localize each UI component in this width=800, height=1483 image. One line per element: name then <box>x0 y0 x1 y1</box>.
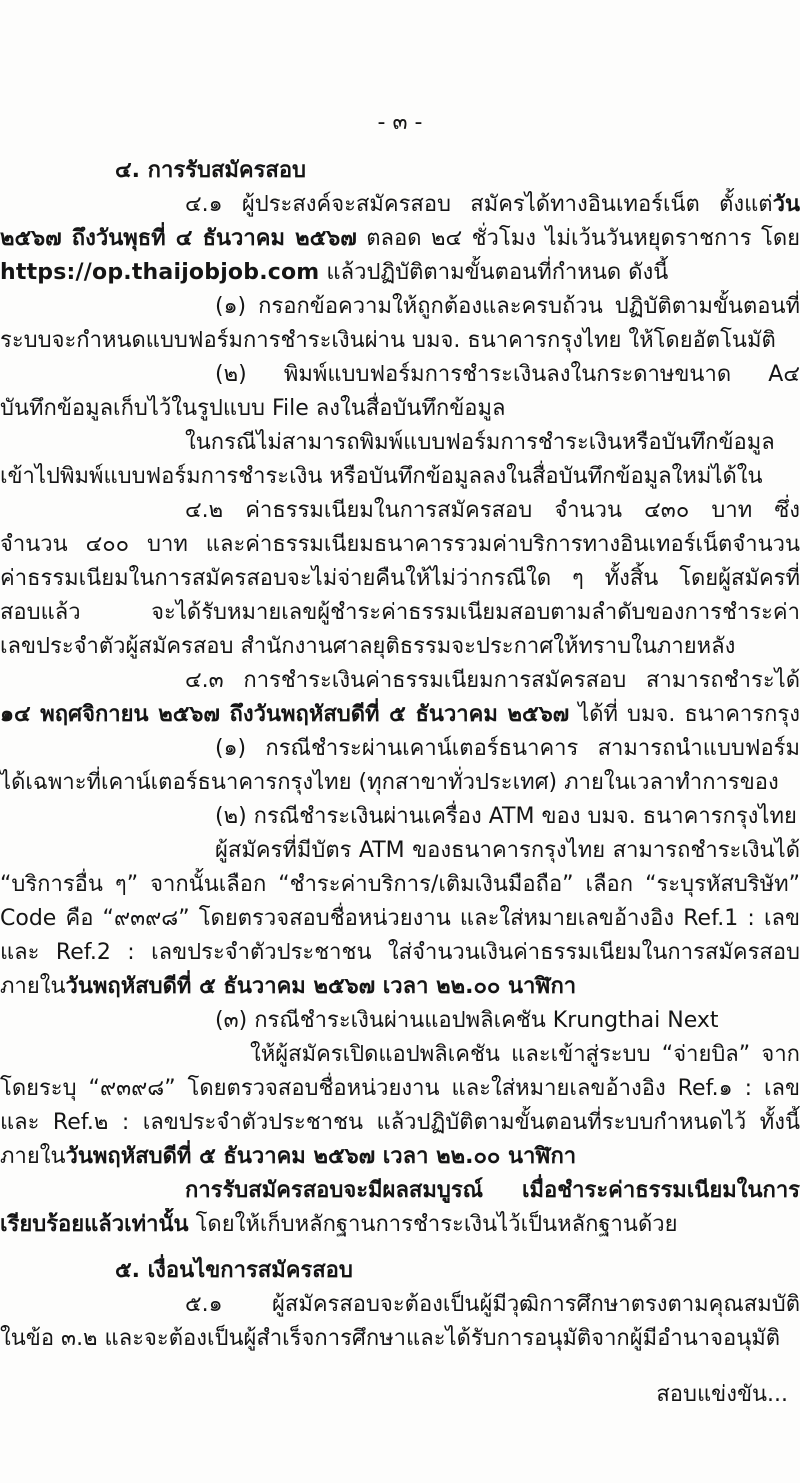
para-5-1-line-2: ในข้อ ๓.๒ และจะต้องเป็นผู้สำเร็จการศึกษา… <box>0 1322 800 1356</box>
para-4-2-line-3: ค่าธรรมเนียมในการสมัครสอบจะไม่จ่ายคืนให้… <box>0 562 800 596</box>
atm-detail-line-1: ผู้สมัครที่มีบัตร ATM ของธนาคารกรุงไทย ส… <box>0 834 800 868</box>
para-4-1-line-1: ๔.๑ ผู้ประสงค์จะสมัครสอบ สมัครได้ทางอินเ… <box>0 188 800 222</box>
knext-detail-line-2: โดยระบุ “๙๓๙๘” โดยตรวจสอบชื่อหน่วยงาน แล… <box>0 1072 800 1106</box>
para-4-3-line-2: ๑๔ พฤศจิกายน ๒๕๖๗ ถึงวันพฤหัสบดีที่ ๕ ธั… <box>0 698 800 732</box>
atm-detail-line-3: Code คือ “๙๓๙๘” โดยตรวจสอบชื่อหน่วยงาน แ… <box>0 902 800 936</box>
application-website-url: https://op.thaijobjob.com <box>0 260 319 285</box>
para-5-1-line-1: ๕.๑ ผู้สมัครสอบจะต้องเป็นผู้มีวุฒิการศึก… <box>0 1288 800 1322</box>
item-1-line-1: (๑) กรอกข้อความให้ถูกต้องและครบถ้วน ปฏิบ… <box>0 290 800 324</box>
channel-1-line-1: (๑) กรณีชำระผ่านเคาน์เตอร์ธนาคาร สามารถน… <box>0 732 800 766</box>
completion-regular-text: โดยให้เก็บหลักฐานการชำระเงินไว้เป็นหลักฐ… <box>189 1212 678 1237</box>
channel-3-line-1: (๓) กรณีชำระเงินผ่านแอปพลิเคชัน Krungtha… <box>0 1004 800 1038</box>
para-4-1-line-3: https://op.thaijobjob.com แล้วปฏิบัติตาม… <box>0 256 800 290</box>
channel-1-line-2: ได้เฉพาะที่เคาน์เตอร์ธนาคารกรุงไทย (ทุกส… <box>0 766 800 800</box>
item-1-line-2: ระบบจะกำหนดแบบฟอร์มการชำระเงินผ่าน บมจ. … <box>0 324 800 358</box>
atm-deadline-bold: วันพฤหัสบดีที่ ๕ ธันวาคม ๒๕๖๗ เวลา ๒๒.๐๐… <box>66 974 577 999</box>
knext-detail-line-4: ภายในวันพฤหัสบดีที่ ๕ ธันวาคม ๒๕๖๗ เวลา … <box>0 1140 800 1174</box>
knext-detail-line-3: และ Ref.๒ : เลขประจำตัวประชาชน แล้วปฏิบั… <box>0 1106 800 1140</box>
section-5-heading: ๕. เงื่อนไขการสมัครสอบ <box>0 1254 800 1288</box>
para-4-3-line-1: ๔.๓ การชำระเงินค่าธรรมเนียมการสมัครสอบ ส… <box>0 664 800 698</box>
p41-lead-text: ๔.๑ ผู้ประสงค์จะสมัครสอบ สมัครได้ทางอินเ… <box>185 192 773 217</box>
p43-payment-dates-bold: ๑๔ พฤศจิกายน ๒๕๖๗ ถึงวันพฤหัสบดีที่ ๕ ธั… <box>0 702 569 727</box>
completion-bold-text: เรียบร้อยแล้วเท่านั้น <box>0 1212 189 1237</box>
completion-note-line-1: การรับสมัครสอบจะมีผลสมบูรณ์ เมื่อชำระค่า… <box>0 1174 800 1208</box>
item-2-note-line-2: เข้าไปพิมพ์แบบฟอร์มการชำระเงิน หรือบันทึ… <box>0 460 800 494</box>
p43-lead-text: ๔.๓ การชำระเงินค่าธรรมเนียมการสมัครสอบ ส… <box>0 668 800 698</box>
knext-deadline-bold: วันพฤหัสบดีที่ ๕ ธันวาคม ๒๕๖๗ เวลา ๒๒.๐๐… <box>66 1144 577 1169</box>
channel-2-line-1: (๒) กรณีชำระเงินผ่านเครื่อง ATM ของ บมจ.… <box>0 800 800 834</box>
para-4-2-line-5: เลขประจำตัวผู้สมัครสอบ สำนักงานศาลยุติธร… <box>0 630 800 664</box>
para-4-2-line-1: ๔.๒ ค่าธรรมเนียมในการสมัครสอบ จำนวน ๔๓๐ … <box>0 494 800 528</box>
para-4-2-line-2: จำนวน ๔๐๐ บาท และค่าธรรมเนียมธนาคารรวมค่… <box>0 528 800 562</box>
knext-deadline-lead: ภายใน <box>0 1144 66 1169</box>
atm-deadline-lead: ภายใน <box>0 974 66 999</box>
item-2-line-1: (๒) พิมพ์แบบฟอร์มการชำระเงินลงในกระดาษขน… <box>0 358 800 392</box>
atm-detail-line-5: ภายในวันพฤหัสบดีที่ ๕ ธันวาคม ๒๕๖๗ เวลา … <box>0 970 800 1004</box>
p41-tail-text: แล้วปฏิบัติตามขั้นตอนที่กำหนด ดังนี้ <box>319 260 668 285</box>
atm-detail-line-2: “บริการอื่น ๆ” จากนั้นเลือก “ชำระค่าบริก… <box>0 868 800 902</box>
section-4-heading: ๔. การรับสมัครสอบ <box>0 154 800 188</box>
item-2-line-2: บันทึกข้อมูลเก็บไว้ในรูปแบบ File ลงในสื่… <box>0 392 800 426</box>
page-continuation-marker: สอบแข่งขัน... <box>0 1378 800 1412</box>
para-4-2-line-4: สอบแล้ว จะได้รับหมายเลขผู้ชำระค่าธรรมเนี… <box>0 596 800 630</box>
page-number: - ๓ - <box>0 106 800 140</box>
scanned-document-page: - ๓ - ๔. การรับสมัครสอบ ๔.๑ ผู้ประสงค์จะ… <box>0 0 800 1483</box>
atm-detail-line-4: และ Ref.2 : เลขประจำตัวประชาชน ใส่จำนวนเ… <box>0 936 800 970</box>
completion-note-line-2: เรียบร้อยแล้วเท่านั้น โดยให้เก็บหลักฐานก… <box>0 1208 800 1242</box>
knext-detail-line-1: ให้ผู้สมัครเปิดแอปพลิเคชัน และเข้าสู่ระบ… <box>0 1038 800 1072</box>
para-4-1-line-2: ๒๕๖๗ ถึงวันพุธที่ ๔ ธันวาคม ๒๕๖๗ ตลอด ๒๔… <box>0 222 800 256</box>
p41-end-date-bold: ๒๕๖๗ ถึงวันพุธที่ ๔ ธันวาคม ๒๕๖๗ <box>0 226 357 251</box>
item-2-note-line-1: ในกรณีไม่สามารถพิมพ์แบบฟอร์มการชำระเงินห… <box>0 426 800 460</box>
